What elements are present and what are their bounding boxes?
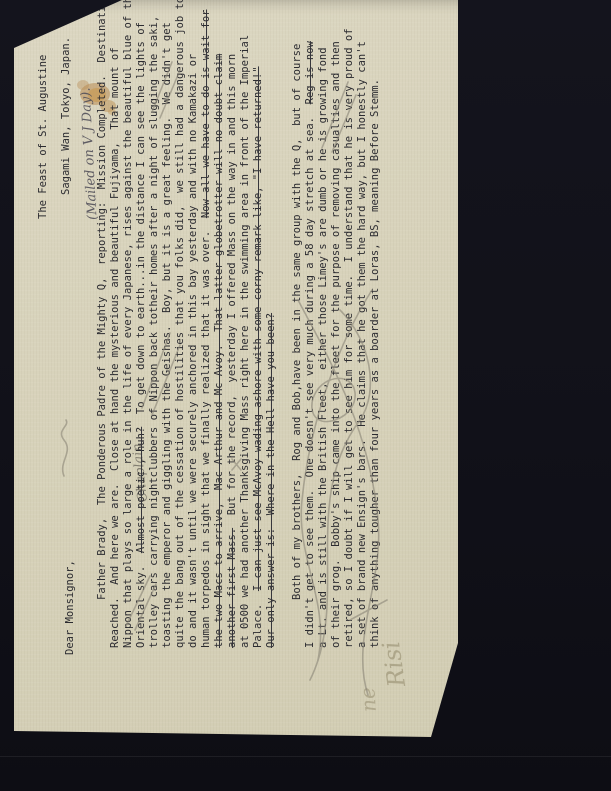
- heading-place-line: The Feast of St. Augustine: [37, 55, 50, 219]
- typed-line: toasting the emperor and giggling with t…: [161, 0, 174, 648]
- heading-location-line: Sagami Wan, Tokyo, Japan.: [60, 37, 73, 195]
- scanner-seam-line: [0, 756, 611, 757]
- typed-line: of their grog. Bobby's ship came into th…: [330, 0, 343, 648]
- handwritten-margin-note-ne: ne: [355, 686, 381, 712]
- typed-line: Both of my brothers, Rog and Bob,have be…: [291, 0, 304, 648]
- salutation: Dear Monsignor,: [64, 560, 77, 655]
- typed-line: human torpedos in sight that we finally …: [200, 0, 213, 648]
- typed-line: do and it wasn't until we were securely …: [187, 0, 200, 648]
- typed-line: retired, so I doubt if I will get to see…: [343, 0, 356, 648]
- typed-line: a Lt. and is still with the British Flee…: [317, 0, 330, 648]
- handwritten-margin-note-risi: Risi: [377, 640, 411, 689]
- typed-line: Father Brady, The Ponderous Padre of the…: [96, 0, 109, 648]
- typed-line: trolley cars carrying nightclubbers of N…: [148, 0, 161, 648]
- typed-line: Oriental sky. Almost poetic , huh? To ge…: [135, 0, 148, 648]
- typed-line: think of anything tougher than four year…: [369, 0, 382, 648]
- typed-line: quite the bang out of the cessation of h…: [174, 0, 187, 648]
- typed-line: at 0500 we had another Thanksgiving Mass…: [239, 0, 252, 648]
- typed-line: another first Mass. But for the record, …: [226, 0, 239, 648]
- typed-line: Palace. I can just see McAvoy wading ash…: [252, 0, 265, 648]
- typed-line: the two Macs to arrive, Mac Arthur and M…: [213, 0, 226, 648]
- rotated-text-layer: The Feast of St. Augustine Sagami Wan, T…: [0, 0, 611, 791]
- typed-line: Reached. And here we are. Close at hand …: [109, 0, 122, 648]
- typed-line: a set of brand new Ensign's bars. He cla…: [356, 0, 369, 648]
- letter-sheet: The Feast of St. Augustine Sagami Wan, T…: [0, 0, 611, 791]
- typed-line: Our only answer is: Where in the Hell ha…: [265, 0, 278, 648]
- typed-line: I didn't get to see them. One doesn't se…: [304, 0, 317, 648]
- typed-line: Nippon that plays so large a role in the…: [122, 0, 135, 648]
- body-paragraphs: Father Brady, The Ponderous Padre of the…: [96, 0, 382, 648]
- scanned-letter-page: The Feast of St. Augustine Sagami Wan, T…: [0, 0, 611, 791]
